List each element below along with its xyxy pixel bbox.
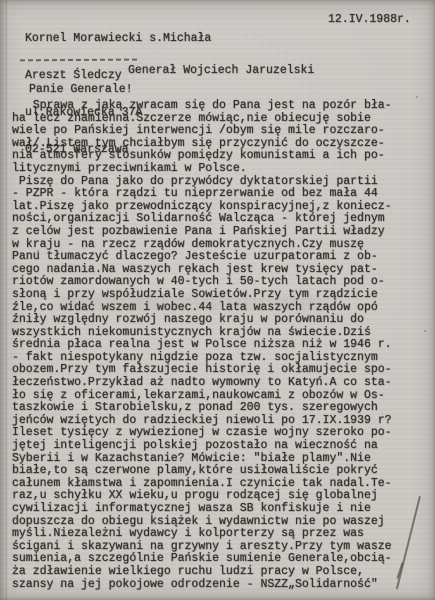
body-line: jętej inteligencji polskiej pozostało na… — [12, 440, 392, 453]
letter-body: Sprawa z jaką zwracam się do Pana jest n… — [12, 100, 392, 591]
body-line: wiele po Pańskiej interwencji /obym się … — [12, 125, 392, 138]
body-line: cywilizacji informatycznej wasza SB konf… — [12, 503, 392, 516]
body-line: litycznymi przeciwnikami w Polsce. — [12, 163, 392, 176]
ink-speck — [416, 96, 418, 98]
pen-margin-mark — [396, 496, 421, 590]
body-line: ża zdławienie wielkiego ruchu ludzi prac… — [12, 566, 392, 579]
body-line: średnia płaca realna jest w Polsce niższ… — [12, 339, 392, 352]
body-line: taszkowie i Starobielsku,z ponad 200 tys… — [12, 402, 392, 415]
salutation: Panie Generale! — [29, 83, 133, 96]
sender-name: Kornel Morawiecki s.Michała — [25, 33, 211, 45]
body-line: szansy na jej pokojowe odrodzenie - NSZZ… — [12, 579, 392, 592]
paper-fold-line — [6, 0, 7, 600]
ink-speck — [60, 585, 63, 587]
body-line: - PZPR - która rządzi tu nieprzerwanie o… — [12, 188, 392, 201]
paper-fold-highlight — [9, 0, 10, 600]
letter-date: 12.IV.1988r. — [328, 13, 411, 26]
bleed-through-smudge — [58, 296, 328, 311]
body-line: Sprawa z jaką zwracam się do Pana jest n… — [12, 100, 392, 113]
body-line: z celów jest pozbawienie Pana i Pańskiej… — [12, 226, 392, 239]
body-line: łeczeństwo.Przykład aż nadto wymowny to … — [12, 377, 392, 390]
body-line: białe,to są czerwone plamy,które usiłowa… — [12, 465, 392, 478]
body-line: źniły względny rozwój naszego kraju w po… — [12, 314, 392, 327]
ink-speck — [424, 330, 426, 332]
scanned-letter-page: Kornel Morawiecki s.Michała Areszt Śledc… — [0, 0, 435, 600]
body-line: Panu tłumaczyć dlaczego? Jesteście uzurp… — [12, 251, 392, 264]
recipient-line: Generał Wojciech Jaruzelski — [128, 64, 314, 77]
ink-speck — [37, 250, 39, 253]
body-line: myśli.Niezależni wydawcy i kolporterzy s… — [12, 528, 392, 541]
